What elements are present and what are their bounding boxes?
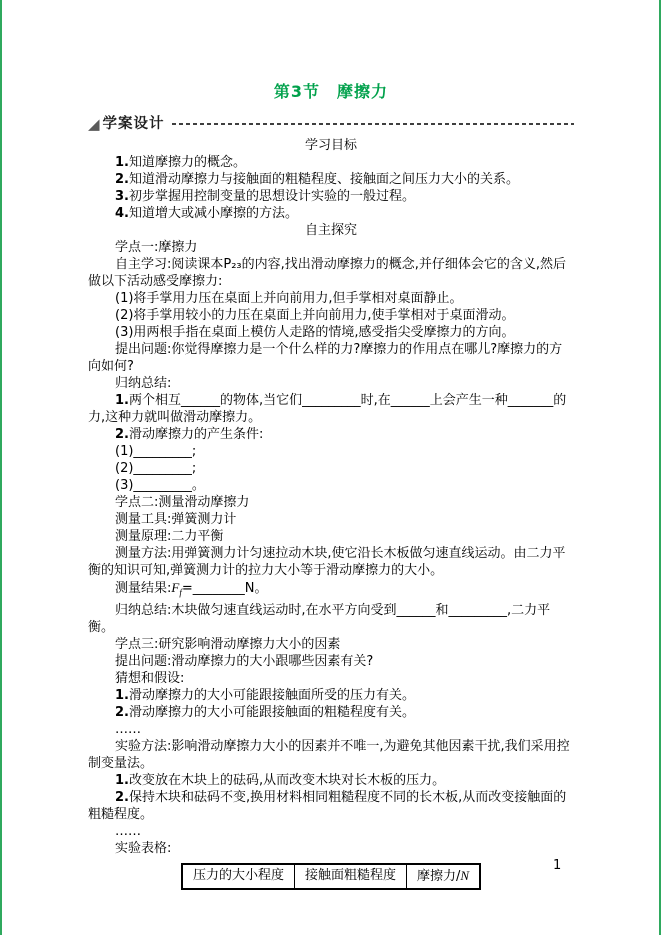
self-exploration-heading: 自主探究 bbox=[88, 222, 574, 239]
hypothesis-item: 2.滑动摩擦力的大小可能跟接触面的粗糙程度有关。 bbox=[88, 704, 574, 721]
step-item: 2.保持木块和砝码不变,换用材料相同粗糙程度不同的长木板,从而改变接触面的粗糙程… bbox=[88, 789, 574, 823]
goal-number: 2. bbox=[115, 172, 129, 187]
point2-title: 学点二:测量滑动摩擦力 bbox=[88, 494, 574, 511]
experiment-table: 压力的大小程度 接触面粗糙程度 摩擦力/N bbox=[181, 863, 481, 890]
summary-text: 滑动摩擦力的产生条件: bbox=[129, 427, 263, 442]
learning-goals-heading: 学习目标 bbox=[88, 137, 574, 154]
point1-title: 学点一:摩擦力 bbox=[88, 239, 574, 256]
condition-blank: (1)_________; bbox=[88, 443, 574, 460]
page-title: 第3节 摩擦力 bbox=[88, 82, 574, 102]
summary-number: 1. bbox=[115, 393, 129, 408]
point3-question: 提出问题:滑动摩擦力的大小跟哪些因素有关? bbox=[88, 653, 574, 670]
newton-symbol: N bbox=[460, 868, 469, 883]
point2-tool: 测量工具:弹簧测力计 bbox=[88, 511, 574, 528]
step-text: 改变放在木块上的砝码,从而改变木块对长木板的压力。 bbox=[129, 773, 445, 788]
ellipsis: …… bbox=[88, 823, 574, 840]
hypothesis-number: 1. bbox=[115, 688, 129, 703]
point1-summary-1: 1.两个相互______的物体,当它们_________时,在______上会产… bbox=[88, 392, 574, 426]
condition-blank: (2)_________; bbox=[88, 460, 574, 477]
hypothesis-item: 1.滑动摩擦力的大小可能跟接触面所受的压力有关。 bbox=[88, 687, 574, 704]
step-item: 1.改变放在木块上的砝码,从而改变木块对长木板的压力。 bbox=[88, 772, 574, 789]
point1-summary-label: 归纳总结: bbox=[88, 375, 574, 392]
experiment-table-container: 压力的大小程度 接触面粗糙程度 摩擦力/N bbox=[88, 863, 574, 890]
goal-item: 2.知道滑动摩擦力与接触面的粗糙程度、接触面之间压力大小的关系。 bbox=[88, 171, 574, 188]
page-number: 1 bbox=[553, 857, 561, 874]
point1-self-study: 自主学习:阅读课本P₂₃的内容,找出滑动摩擦力的概念,并仔细体会它的含义,然后做… bbox=[88, 256, 574, 290]
step-number: 2. bbox=[115, 790, 129, 805]
table-header-pressure: 压力的大小程度 bbox=[182, 864, 295, 889]
result-prefix: 测量结果: bbox=[115, 581, 171, 596]
goal-item: 1.知道摩擦力的概念。 bbox=[88, 154, 574, 171]
step-number: 1. bbox=[115, 773, 129, 788]
hypothesis-text: 滑动摩擦力的大小可能跟接触面的粗糙程度有关。 bbox=[129, 705, 415, 720]
goal-text: 知道滑动摩擦力与接触面的粗糙程度、接触面之间压力大小的关系。 bbox=[129, 172, 519, 187]
page-content: 第3节 摩擦力 ◢ 学案设计 学习目标 1.知道摩擦力的概念。 2.知道滑动摩擦… bbox=[88, 82, 574, 890]
point2-result: 测量结果:Ff=________N。 bbox=[88, 579, 574, 602]
worksheet-page: 第3节 摩擦力 ◢ 学案设计 学习目标 1.知道摩擦力的概念。 2.知道滑动摩擦… bbox=[0, 0, 661, 935]
point2-method: 测量方法:用弹簧测力计匀速拉动木块,使它沿长木板做匀速直线运动。由二力平衡的知识… bbox=[88, 545, 574, 579]
experiment-table-label: 实验表格: bbox=[88, 840, 574, 857]
hypothesis-number: 2. bbox=[115, 705, 129, 720]
triangle-icon: ◢ bbox=[88, 117, 100, 132]
goal-text: 知道增大或减小摩擦的方法。 bbox=[129, 206, 298, 221]
banner-label: 学案设计 bbox=[103, 116, 165, 133]
point3-method: 实验方法:影响滑动摩擦力大小的因素并不唯一,为避免其他因素干扰,我们采用控制变量… bbox=[88, 738, 574, 772]
hypothesis-text: 滑动摩擦力的大小可能跟接触面所受的压力有关。 bbox=[129, 688, 415, 703]
table-header-friction: 摩擦力/N bbox=[406, 864, 480, 889]
goal-number: 1. bbox=[115, 155, 129, 170]
step-text: 保持木块和砝码不变,换用材料相同粗糙程度不同的长木板,从而改变接触面的粗糙程度。 bbox=[88, 790, 566, 822]
condition-blank: (3)_________。 bbox=[88, 477, 574, 494]
goal-item: 4.知道增大或减小摩擦的方法。 bbox=[88, 205, 574, 222]
summary-text: 两个相互______的物体,当它们_________时,在______上会产生一… bbox=[88, 393, 566, 425]
ellipsis: …… bbox=[88, 721, 574, 738]
section-banner: ◢ 学案设计 bbox=[88, 114, 574, 134]
point1-activity: (2)将手掌用较小的力压在桌面上并向前用力,使手掌相对于桌面滑动。 bbox=[88, 307, 574, 324]
dotted-leader-line bbox=[172, 123, 574, 125]
summary-number: 2. bbox=[115, 427, 129, 442]
result-rest: =________N。 bbox=[182, 581, 268, 596]
point1-question: 提出问题:你觉得摩擦力是一个什么样的力?摩擦力的作用点在哪儿?摩擦力的方向如何? bbox=[88, 341, 574, 375]
goal-item: 3.初步掌握用控制变量的思想设计实验的一般过程。 bbox=[88, 188, 574, 205]
point3-title: 学点三:研究影响滑动摩擦力大小的因素 bbox=[88, 636, 574, 653]
table-header-roughness: 接触面粗糙程度 bbox=[294, 864, 406, 889]
point2-principle: 测量原理:二力平衡 bbox=[88, 528, 574, 545]
point1-summary-2: 2.滑动摩擦力的产生条件: bbox=[88, 426, 574, 443]
point1-activity: (1)将手掌用力压在桌面上并向前用力,但手掌相对桌面静止。 bbox=[88, 290, 574, 307]
point3-hypothesis-label: 猜想和假设: bbox=[88, 670, 574, 687]
table-header-row: 压力的大小程度 接触面粗糙程度 摩擦力/N bbox=[182, 864, 480, 889]
goal-text: 初步掌握用控制变量的思想设计实验的一般过程。 bbox=[129, 189, 415, 204]
left-border-line bbox=[0, 0, 2, 935]
goal-text: 知道摩擦力的概念。 bbox=[129, 155, 246, 170]
friction-header-prefix: 摩擦力/ bbox=[417, 869, 460, 884]
point2-summary: 归纳总结:木块做匀速直线运动时,在水平方向受到______和_________,… bbox=[88, 602, 574, 636]
point1-activity: (3)用两根手指在桌面上模仿人走路的情境,感受指尖受摩擦力的方向。 bbox=[88, 324, 574, 341]
goal-number: 3. bbox=[115, 189, 129, 204]
goal-number: 4. bbox=[115, 206, 129, 221]
